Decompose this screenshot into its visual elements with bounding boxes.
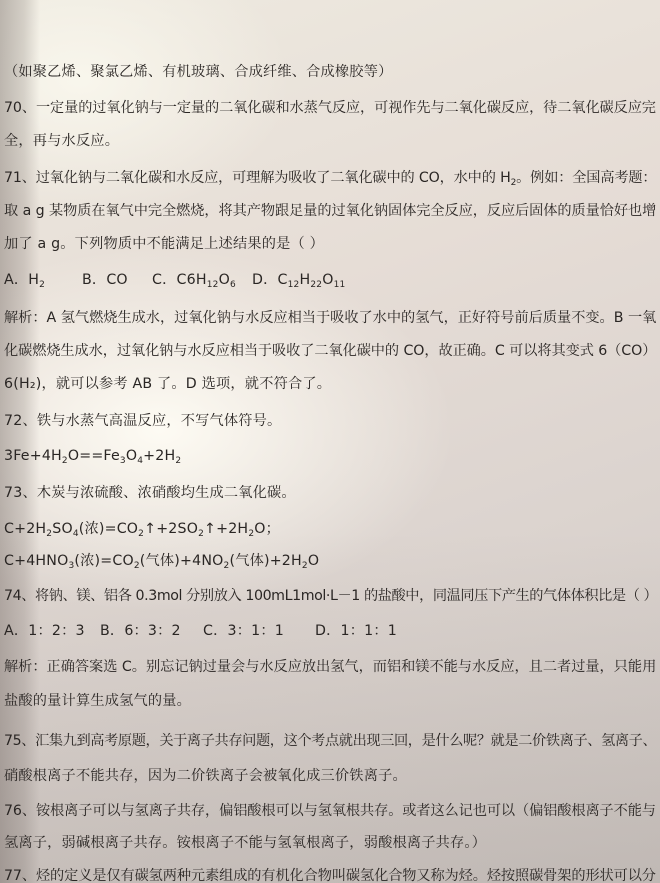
- item-73-title: 73、木炭与浓硫酸、浓硝酸均生成二氧化碳。: [4, 483, 656, 503]
- item-74-analysis-2: 盐酸的量计算生成氢气的量。: [4, 691, 656, 711]
- item-71-analysis-3: 6(H₂)，就可以参考 AB 了。D 选项，就不符合了。: [4, 374, 656, 394]
- item-71-line-2: 取 a g 某物质在氧气中完全燃烧，将其产物跟足量的过氧化钠固体完全反应，反应后…: [4, 201, 656, 221]
- item-70-line-2: 全，再与水反应。: [4, 131, 656, 151]
- option-a: A．1：2：3: [4, 621, 85, 641]
- item-76-line-1: 76、铵根离子可以与氢离子共存，偏铝酸根可以与氢氧根共存。或者这么记也可以（偏铝…: [4, 801, 656, 821]
- option-a: A．H2: [4, 270, 45, 290]
- item-73-equation-1: C+2H2SO4(浓)=CO2↑+2SO2↑+2H2O；: [4, 519, 656, 539]
- item-70-line-1: 70、一定量的过氧化钠与一定量的二氧化碳和水蒸气反应，可视作先与二氧化碳反应，待…: [4, 98, 656, 118]
- item-74-analysis-1: 解析：正确答案选 C。别忘记钠过量会与水反应放出氢气，而铝和镁不能与水反应，且二…: [4, 657, 656, 677]
- option-d: D．C12H22O11: [252, 270, 345, 290]
- item-75-line-2: 硝酸根离子不能共存，因为二价铁离子会被氧化成三价铁离子。: [4, 766, 656, 786]
- item-71-analysis-2: 化碳燃烧生成水，过氧化钠与水反应相当于吸收了二氧化碳中的 CO，故正确。C 可以…: [4, 341, 656, 361]
- item-71-analysis-1: 解析：A 氢气燃烧生成水，过氧化钠与水反应相当于吸收了水中的氢气，正好符号前后质…: [4, 308, 656, 328]
- item-75-line-1: 75、汇集九到高考原题，关于离子共存问题，这个考点就出现三回，是什么呢？就是二价…: [4, 731, 656, 751]
- item-73-equation-2: C+4HNO3(浓)=CO2(气体)+4NO2(气体)+2H2O: [4, 551, 656, 571]
- option-d: D．1：1：1: [315, 621, 397, 641]
- item-71-line-3: 加了 a g。下列物质中不能满足上述结果的是（ ）: [4, 234, 656, 254]
- polymer-examples-line: （如聚乙烯、聚氯乙烯、有机玻璃、合成纤维、合成橡胶等）: [4, 62, 656, 82]
- item-77-line-1: 77、烃的定义是仅有碳氢两种元素组成的有机化合物叫碳氢化合物又称为烃。烃按照碳骨…: [4, 866, 656, 883]
- option-c: C．3：1：1: [203, 621, 284, 641]
- option-b: B．CO: [82, 270, 128, 290]
- item-72-title: 72、铁与水蒸气高温反应，不写气体符号。: [4, 411, 656, 431]
- item-72-equation: 3Fe+4H2O==Fe3O4+2H2: [4, 446, 656, 466]
- option-b: B．6：3：2: [100, 621, 181, 641]
- item-71-line-1: 71、过氧化钠与二氧化碳和水反应，可理解为吸收了二氧化碳中的 CO，水中的 H2…: [4, 168, 656, 188]
- item-76-line-2: 氢离子，弱碱根离子共存。铵根离子不能与氢氧根离子，弱酸根离子共存。）: [4, 833, 656, 853]
- option-c: C．C6H12O6: [152, 270, 236, 290]
- item-74-title: 74、将钠、镁、铝各 0.3mol 分别放入 100mL1mol·L－1 的盐酸…: [4, 586, 656, 606]
